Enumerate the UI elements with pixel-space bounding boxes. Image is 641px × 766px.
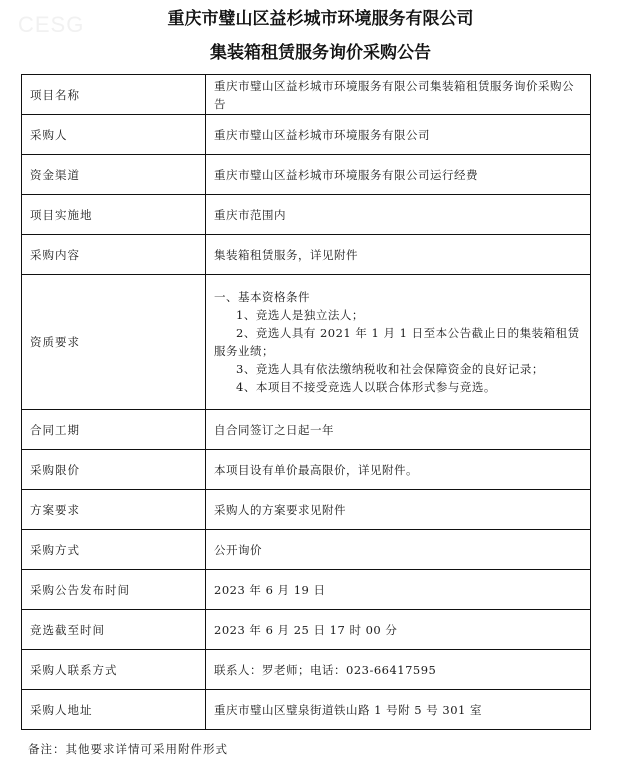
row-label: 采购人联系方式 — [22, 650, 206, 690]
row-value: 自合同签订之日起一年 — [206, 410, 591, 450]
row-label: 资金渠道 — [22, 155, 206, 195]
row-value: 公开询价 — [206, 530, 591, 570]
row-value: 重庆市璧山区益杉城市环境服务有限公司集装箱租赁服务询价采购公告 — [206, 75, 591, 115]
table-row: 项目名称 重庆市璧山区益杉城市环境服务有限公司集装箱租赁服务询价采购公告 — [22, 75, 591, 115]
row-label: 采购人地址 — [22, 690, 206, 730]
row-value: 集装箱租赁服务，详见附件 — [206, 235, 591, 275]
company-title: 重庆市璧山区益杉城市环境服务有限公司 — [0, 4, 641, 29]
table-row: 采购内容 集装箱租赁服务，详见附件 — [22, 235, 591, 275]
procurement-info-table: 项目名称 重庆市璧山区益杉城市环境服务有限公司集装箱租赁服务询价采购公告 采购人… — [21, 74, 591, 730]
table-row: 采购人地址 重庆市璧山区璧泉街道铁山路 1 号附 5 号 301 室 — [22, 690, 591, 730]
row-value: 2023 年 6 月 25 日 17 时 00 分 — [206, 610, 591, 650]
table-row: 采购人联系方式 联系人：罗老师；电话：023-66417595 — [22, 650, 591, 690]
announcement-title: 集装箱租赁服务询价采购公告 — [0, 38, 641, 63]
row-label: 项目实施地 — [22, 195, 206, 235]
row-value: 重庆市璧山区益杉城市环境服务有限公司 — [206, 115, 591, 155]
table-row: 合同工期 自合同签订之日起一年 — [22, 410, 591, 450]
table-row: 采购限价 本项目设有单价最高限价，详见附件。 — [22, 450, 591, 490]
row-label: 采购公告发布时间 — [22, 570, 206, 610]
qualification-item: 4、本项目不接受竞选人以联合体形式参与竞选。 — [214, 378, 582, 396]
qualification-item: 3、竞选人具有依法缴纳税收和社会保障资金的良好记录； — [214, 360, 582, 378]
row-value: 本项目设有单价最高限价，详见附件。 — [206, 450, 591, 490]
qualification-item: 2、竞选人具有 2021 年 1 月 1 日至本公告截止日的集装箱租赁服务业绩； — [214, 324, 582, 360]
row-label: 竞选截至时间 — [22, 610, 206, 650]
row-value: 2023 年 6 月 19 日 — [206, 570, 591, 610]
table-row: 竞选截至时间 2023 年 6 月 25 日 17 时 00 分 — [22, 610, 591, 650]
row-value: 重庆市璧山区璧泉街道铁山路 1 号附 5 号 301 室 — [206, 690, 591, 730]
table-row: 采购公告发布时间 2023 年 6 月 19 日 — [22, 570, 591, 610]
qualification-list: 一、基本资格条件 1、竞选人是独立法人； 2、竞选人具有 2021 年 1 月 … — [206, 275, 591, 410]
row-value: 联系人：罗老师；电话：023-66417595 — [206, 650, 591, 690]
row-label: 采购人 — [22, 115, 206, 155]
row-label: 资质要求 — [22, 275, 206, 410]
row-value: 重庆市范围内 — [206, 195, 591, 235]
qualification-heading: 一、基本资格条件 — [214, 288, 582, 306]
row-label: 方案要求 — [22, 490, 206, 530]
row-label: 采购限价 — [22, 450, 206, 490]
footnote: 备注：其他要求详情可采用附件形式 — [28, 741, 228, 757]
row-value: 采购人的方案要求见附件 — [206, 490, 591, 530]
row-label: 采购内容 — [22, 235, 206, 275]
table-row: 方案要求 采购人的方案要求见附件 — [22, 490, 591, 530]
table-row: 采购方式 公开询价 — [22, 530, 591, 570]
table-row: 项目实施地 重庆市范围内 — [22, 195, 591, 235]
row-label: 合同工期 — [22, 410, 206, 450]
table-row: 资金渠道 重庆市璧山区益杉城市环境服务有限公司运行经费 — [22, 155, 591, 195]
table-row: 采购人 重庆市璧山区益杉城市环境服务有限公司 — [22, 115, 591, 155]
row-label: 项目名称 — [22, 75, 206, 115]
row-label: 采购方式 — [22, 530, 206, 570]
row-value: 重庆市璧山区益杉城市环境服务有限公司运行经费 — [206, 155, 591, 195]
table-row-qualifications: 资质要求 一、基本资格条件 1、竞选人是独立法人； 2、竞选人具有 2021 年… — [22, 275, 591, 410]
qualification-item: 1、竞选人是独立法人； — [214, 306, 582, 324]
